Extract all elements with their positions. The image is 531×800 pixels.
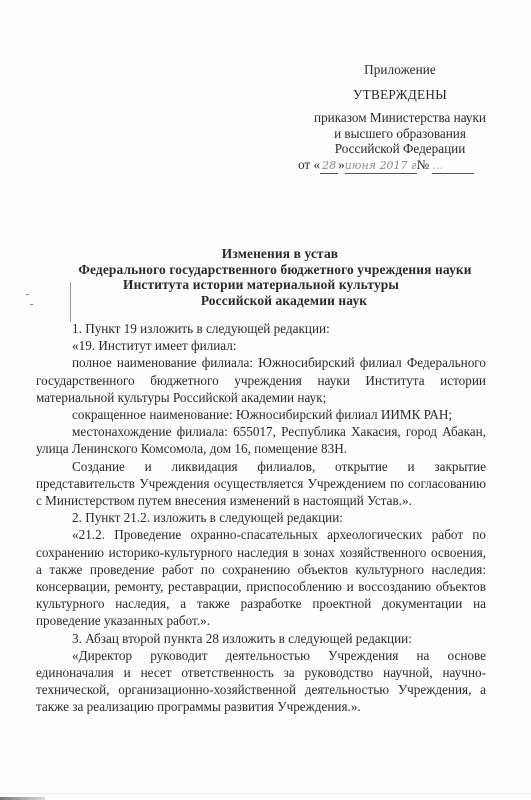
order-line: приказом Министерства науки	[290, 110, 510, 126]
handwritten-month-year: июня 2017 г.	[345, 158, 417, 175]
paragraph: 3. Абзац второй пункта 28 изложить в сле…	[36, 630, 486, 647]
scan-edge	[0, 793, 531, 794]
handwritten-day: 28	[320, 158, 338, 175]
paragraph: местонахождение филиала: 655017, Республ…	[36, 423, 486, 457]
order-line: и высшего образования	[290, 126, 510, 142]
scan-speck	[26, 294, 29, 295]
date-prefix: от «	[298, 157, 320, 172]
paragraph: Создание и ликвидация филиалов, открытие…	[36, 458, 486, 510]
appendix-label: Приложение	[290, 62, 510, 78]
scan-margin-line	[70, 282, 71, 322]
number-label: №	[417, 157, 430, 172]
paragraph: 1. Пункт 19 изложить в следующей редакци…	[36, 320, 486, 337]
date-quote: »	[338, 157, 345, 172]
paragraph: сокращенное наименование: Южносибирский …	[36, 406, 486, 423]
paragraph: 2. Пункт 21.2. изложить в следующей реда…	[36, 509, 486, 526]
title-line: Федерального государственного бюджетного…	[40, 262, 510, 278]
paragraph: полное наименование филиала: Южносибирск…	[36, 354, 486, 406]
document-body: 1. Пункт 19 изложить в следующей редакци…	[36, 320, 486, 716]
scan-speck	[30, 304, 33, 305]
title-line: Института истории материальной культуры	[40, 277, 510, 293]
title-line: Российской академии наук	[40, 293, 510, 309]
paragraph: «19. Институт имеет филиал:	[36, 337, 486, 354]
document-title: Изменения в устав Федерального государст…	[40, 246, 510, 308]
paragraph: «Директор руководит деятельностью Учрежд…	[36, 647, 486, 716]
title-line: Изменения в устав	[40, 246, 510, 262]
paragraph: «21.2. Проведение охранно-спасательных а…	[36, 526, 486, 629]
approved-label: УТВЕРЖДЕНЫ	[290, 87, 510, 103]
handwritten-number: …	[432, 158, 474, 175]
document-page: Приложение УТВЕРЖДЕНЫ приказом Министерс…	[0, 0, 531, 800]
order-date-line: от «28»июня 2017 г.№…	[290, 157, 510, 175]
order-line: Российской Федерации	[290, 141, 510, 157]
approval-block: Приложение УТВЕРЖДЕНЫ приказом Министерс…	[290, 62, 510, 174]
